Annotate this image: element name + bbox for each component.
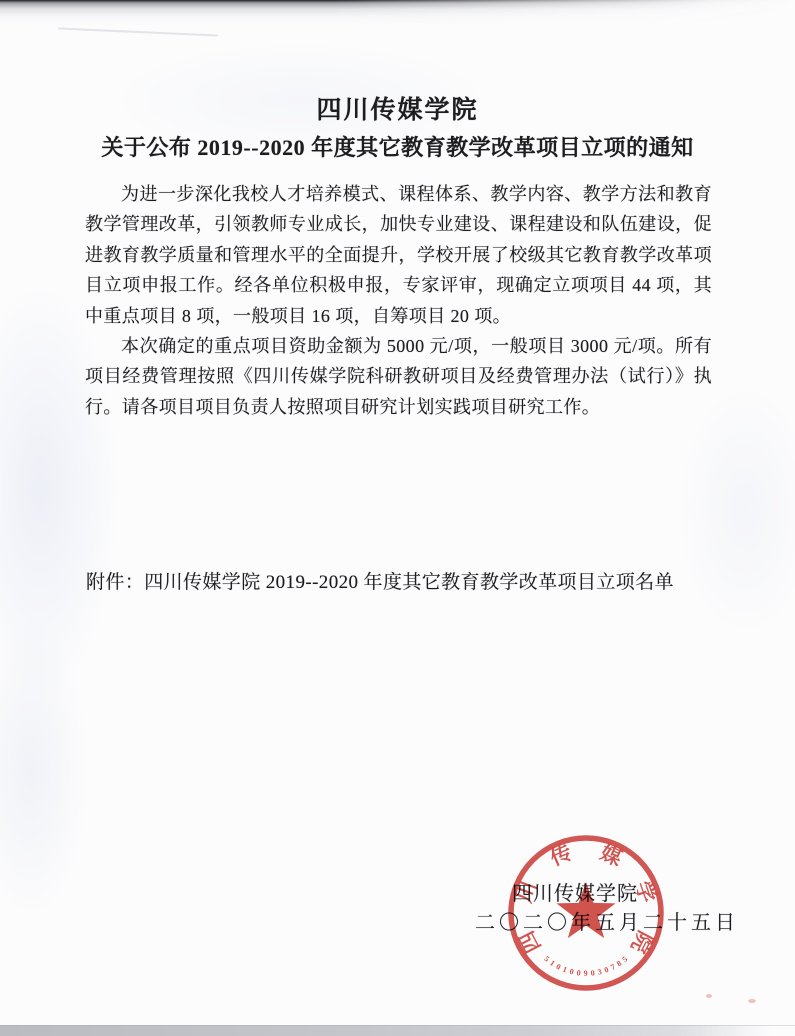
- official-seal: 四川传媒学院 5101009030785: [504, 831, 668, 995]
- paper-texture-patch: [0, 620, 90, 920]
- scan-streak: [58, 28, 218, 37]
- notice-subtitle: 关于公布 2019--2020 年度其它教育教学改革项目立项的通知: [0, 131, 795, 162]
- svg-text:5101009030785: 5101009030785: [542, 954, 629, 978]
- attachment-line: 附件：四川传媒学院 2019--2020 年度其它教育教学改革项目立项名单: [86, 567, 726, 594]
- seal-serial-number: 5101009030785: [542, 954, 629, 978]
- body-paragraph-2: 本次确定的重点项目资助金额为 5000 元/项，一般项目 3000 元/项。所有…: [85, 331, 712, 422]
- body-paragraph-1: 为进一步深化我校人才培养模式、课程体系、教学内容、教学方法和教育教学管理改革，引…: [85, 179, 712, 331]
- seal-ink-speck: [706, 994, 712, 998]
- notice-body: 为进一步深化我校人才培养模式、课程体系、教学内容、教学方法和教育教学管理改革，引…: [85, 179, 712, 422]
- scanned-notice-page: 四川传媒学院 关于公布 2019--2020 年度其它教育教学改革项目立项的通知…: [0, 0, 795, 1036]
- top-scan-shadow: [0, 0, 795, 26]
- seal-star-icon: [557, 882, 616, 938]
- bottom-scan-shadow: [0, 1025, 795, 1036]
- notice-title: 四川传媒学院: [0, 90, 795, 126]
- seal-ink-speck: [748, 999, 756, 1003]
